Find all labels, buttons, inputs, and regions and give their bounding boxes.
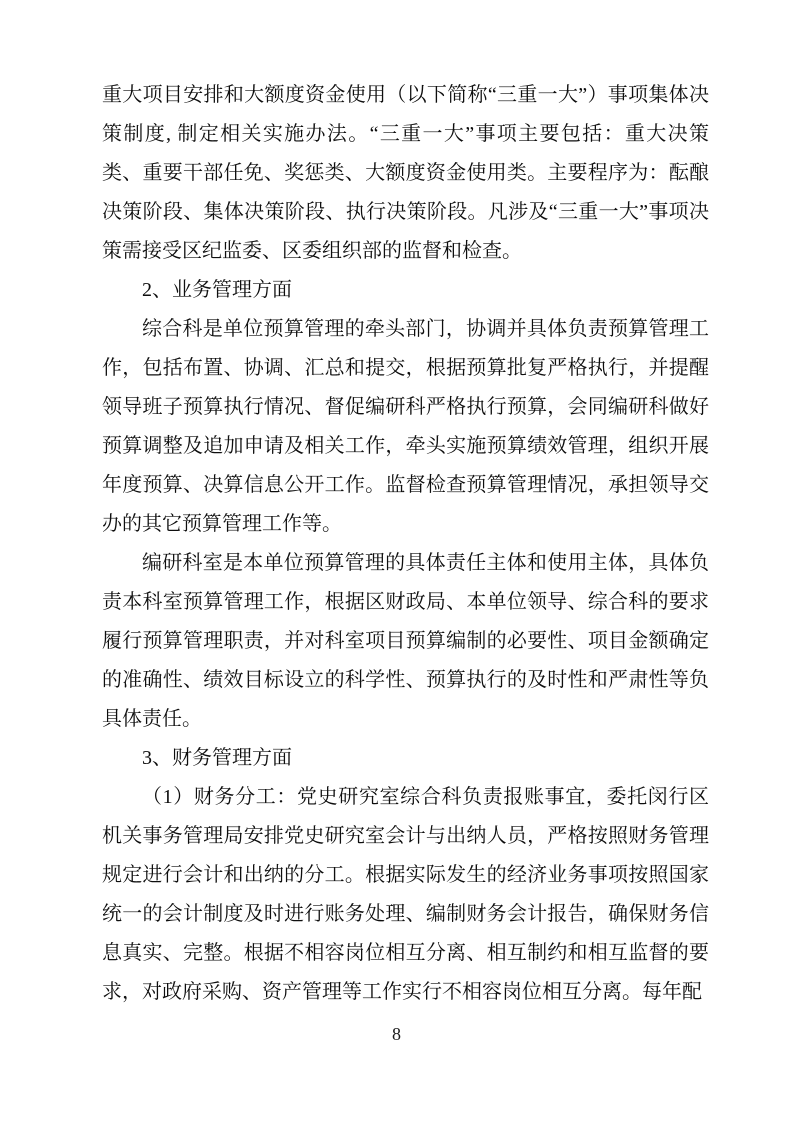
paragraph-sanzhongyida: 重大项目安排和大额度资金使用（以下简称“三重一大”）事项集体决策制度, 制定相关… <box>102 76 709 271</box>
section-heading-business-management: 2、业务管理方面 <box>102 271 709 310</box>
page-number: 8 <box>392 1020 401 1048</box>
paragraph-comprehensive-section-duties: 综合科是单位预算管理的牵头部门，协调并具体负责预算管理工作，包括布置、协调、汇总… <box>102 310 709 544</box>
page-footer: 8 <box>0 1020 793 1048</box>
paragraph-financial-division-of-labor: （1）财务分工：党史研究室综合科负责报账事宜，委托闵行区机关事务管理局安排党史研… <box>102 778 709 1012</box>
document-page: 重大项目安排和大额度资金使用（以下简称“三重一大”）事项集体决策制度, 制定相关… <box>0 0 793 1122</box>
section-heading-financial-management: 3、财务管理方面 <box>102 739 709 778</box>
document-body: 重大项目安排和大额度资金使用（以下简称“三重一大”）事项集体决策制度, 制定相关… <box>102 76 709 1012</box>
paragraph-research-section-duties: 编研科室是本单位预算管理的具体责任主体和使用主体，具体负责本科室预算管理工作，根… <box>102 544 709 739</box>
